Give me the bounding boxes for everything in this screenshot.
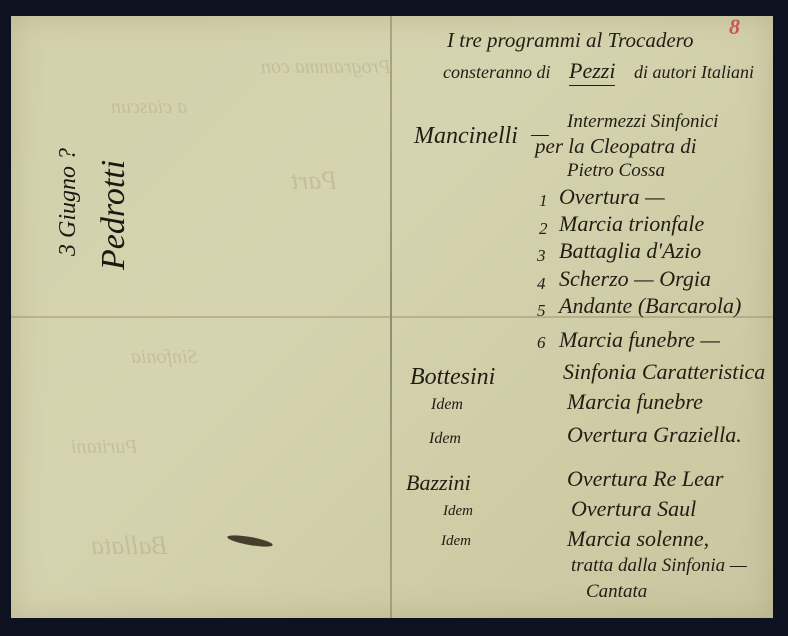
work-title-line-3: Cantata [586,582,647,601]
work-title-line-1: Marcia solenne, [567,528,709,550]
work-title: Overtura Re Lear [567,468,723,490]
bleed-through-text: Part [291,166,337,196]
bleed-through-text: a ciascun [111,96,187,119]
work-title-line-2: tratta dalla Sinfonia — [571,556,747,575]
work-title: Sinfonia Caratteristica [563,361,765,383]
ink-smudge [227,533,274,549]
heading-line-2: consteranno di Pezzi di autori Italiani [443,60,754,82]
work-title-line-2: per la Cleopatra di [535,136,697,157]
movement-number: 3 [537,247,546,264]
bleed-through-text: Programma con [261,56,391,79]
work-title: Overtura Saul [571,498,696,520]
work-title-line-3: Pietro Cossa [567,161,665,180]
heading-underlined-word: Pezzi [569,58,615,86]
heading-suffix: di autori Italiani [634,62,754,82]
composer-mancinelli: Mancinelli [414,124,518,148]
movement-number: 6 [537,334,546,351]
idem-label: Idem [441,534,471,549]
composer-bottesini: Bottesini [410,365,495,389]
movement-title: Marcia trionfale [559,213,704,235]
bleed-through-text: Ballata [91,531,168,561]
heading-line-1: I tre programmi al Trocadero [447,30,694,51]
work-title: Marcia funebre [567,391,703,413]
bleed-through-text: Sinfonia [131,346,198,369]
movement-number: 2 [539,220,548,237]
bleed-through-text: Puritani [71,436,138,459]
idem-label: Idem [431,397,463,413]
movement-number: 1 [539,192,548,209]
movement-number: 5 [537,302,546,319]
red-folio-mark: 8 [729,14,740,40]
idem-label: Idem [443,504,473,519]
movement-title: Battaglia d'Azio [559,240,701,262]
work-title: Overtura Graziella. [567,424,742,446]
movement-title: Scherzo — Orgia [559,268,711,290]
composer-bazzini: Bazzini [406,472,471,494]
movement-title: Marcia funebre — [559,329,720,351]
heading-prefix: consteranno di [443,62,551,82]
vertical-signature: Pedrotti [95,160,133,270]
vertical-date: 3 Giugno ? [55,148,82,256]
movement-number: 4 [537,275,546,292]
movement-title: Andante (Barcarola) [559,295,741,317]
idem-label: Idem [429,431,461,447]
movement-title: Overtura — [559,186,665,208]
work-title-line-1: Intermezzi Sinfonici [567,112,718,131]
manuscript-page: Programma con a ciascun Part Sinfonia Pu… [11,16,773,618]
